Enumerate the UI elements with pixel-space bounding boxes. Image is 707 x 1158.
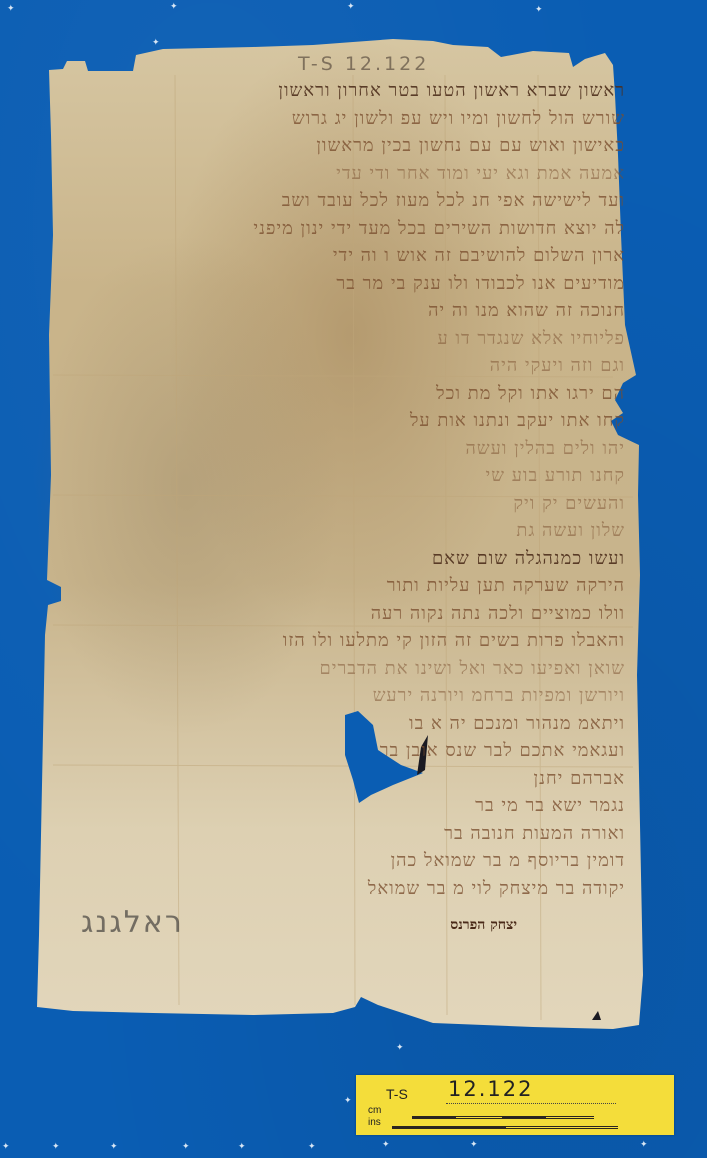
scale-cm-label: cm — [368, 1105, 381, 1116]
mount-pin: ✦ — [535, 7, 540, 14]
text-line: והאבלו פרות בשים זה הזון קי מתלעו ולו הז… — [55, 627, 625, 655]
label-dotted-line — [446, 1103, 616, 1104]
mount-pin: ✦ — [170, 4, 175, 11]
text-line: שלון ועשה גת — [55, 517, 625, 545]
text-line: אברהם יחנן — [55, 765, 625, 793]
scale-ins-segment — [392, 1126, 506, 1129]
scale-cm-segment — [412, 1116, 456, 1119]
mount-pin: ✦ — [640, 1142, 645, 1149]
mount-pin: ✦ — [382, 1142, 387, 1149]
mount-pin: ✦ — [344, 1098, 349, 1105]
scale-ins-label: ins — [368, 1117, 381, 1128]
text-line: דומין בריוסף מ בר שמואל כהן — [55, 847, 625, 875]
label-number: 12.122 — [448, 1077, 533, 1101]
text-line: חנוכה זה שהוא מנו וה יה — [55, 297, 625, 325]
text-line: ויורשן ומפיות ברחמ ויורנה ירעש — [55, 682, 625, 710]
scale-ins-segment — [506, 1126, 618, 1129]
mount-pin: ✦ — [347, 4, 352, 11]
text-line: וגם וזה ויעקי היה — [55, 352, 625, 380]
dealer-mark: ראלגנג — [81, 905, 184, 940]
text-line: ארון השלום להושיבם זה אוש ו וה ידי — [55, 242, 625, 270]
mount-pin: ✦ — [470, 1142, 475, 1149]
mount-pin: ✦ — [110, 1144, 115, 1151]
scale-cm-segment — [456, 1116, 502, 1119]
text-line: ועגאמי אתכם לבר שנס אובן בר — [55, 737, 625, 765]
text-line: קחו אתו יעקב ונתנו אות על — [55, 407, 625, 435]
text-line: כאישון ואוש עם עם נחשון בכין מראשון — [55, 132, 625, 160]
text-line: שורש הול לחשון ומיו ויש עפ ולשון יג גרוש — [55, 105, 625, 133]
text-line: ועד לישישה אפי חנ לכל מעוז לכל עובד ושב — [55, 187, 625, 215]
mount-pin: ✦ — [7, 6, 12, 13]
text-line: קחנו תורע בוע שי — [55, 462, 625, 490]
pencil-shelfmark: T-S 12.122 — [298, 53, 429, 75]
mount-pin: ✦ — [52, 1144, 57, 1151]
text-line: לה יוצא חדושות השירים בכל מעד ידי ינון מ… — [55, 215, 625, 243]
manuscript-fragment: T-S 12.122 ראשון שברא ראשון הטעו בטר אחר… — [33, 35, 645, 1035]
text-line: יהו ולים בהלין ועשה — [55, 435, 625, 463]
text-line: ועשו כמנהגלה שום שאם — [55, 545, 625, 573]
text-line: יקודה בר מיצחק לוי מ בר שמואל — [55, 875, 625, 903]
classmark-label: T-S 12.122 cm ins — [356, 1075, 674, 1135]
scale-cm-segment — [502, 1116, 546, 1119]
mount-pin: ✦ — [238, 1144, 243, 1151]
mount-pin: ✦ — [182, 1144, 187, 1151]
text-line: פליוחיו אלא שנגדר דו ע — [55, 325, 625, 353]
signature-line: יצחק הפרנס — [450, 917, 517, 934]
text-line: שואן ואפיעו כאר ואל ושינו את הדברים — [55, 655, 625, 683]
text-line: הירקה שערקה תען עליות ותור — [55, 572, 625, 600]
text-line: מודיעים אנו לכבודו ולו ענק בי מר בר — [55, 270, 625, 298]
text-line: נגמר ישא בר מי בר — [55, 792, 625, 820]
mount-pin: ✦ — [2, 1144, 7, 1151]
text-line: הם ירגו אתו וקל מת וכל — [55, 380, 625, 408]
scale-cm-segment — [546, 1116, 594, 1119]
manuscript-text: ראשון שברא ראשון הטעו בטר אחרון וראשון ש… — [55, 77, 625, 902]
text-line: אמעה אמת וגא יעי ומוד אחר ודי עדי — [55, 160, 625, 188]
text-line: וולו כמוציים ולכה נתה נקוה רעה — [55, 600, 625, 628]
mount-pin: ✦ — [396, 1045, 401, 1052]
text-line: ויתאמ מנהור ומנכם יה א בו — [55, 710, 625, 738]
mount-pin: ✦ — [308, 1144, 313, 1151]
text-line: והעשים יק ויק — [55, 490, 625, 518]
text-line: ראשון שברא ראשון הטעו בטר אחרון וראשון — [55, 77, 625, 105]
label-prefix: T-S — [386, 1086, 408, 1102]
text-line: ואורה המעות חנובה בר — [55, 820, 625, 848]
